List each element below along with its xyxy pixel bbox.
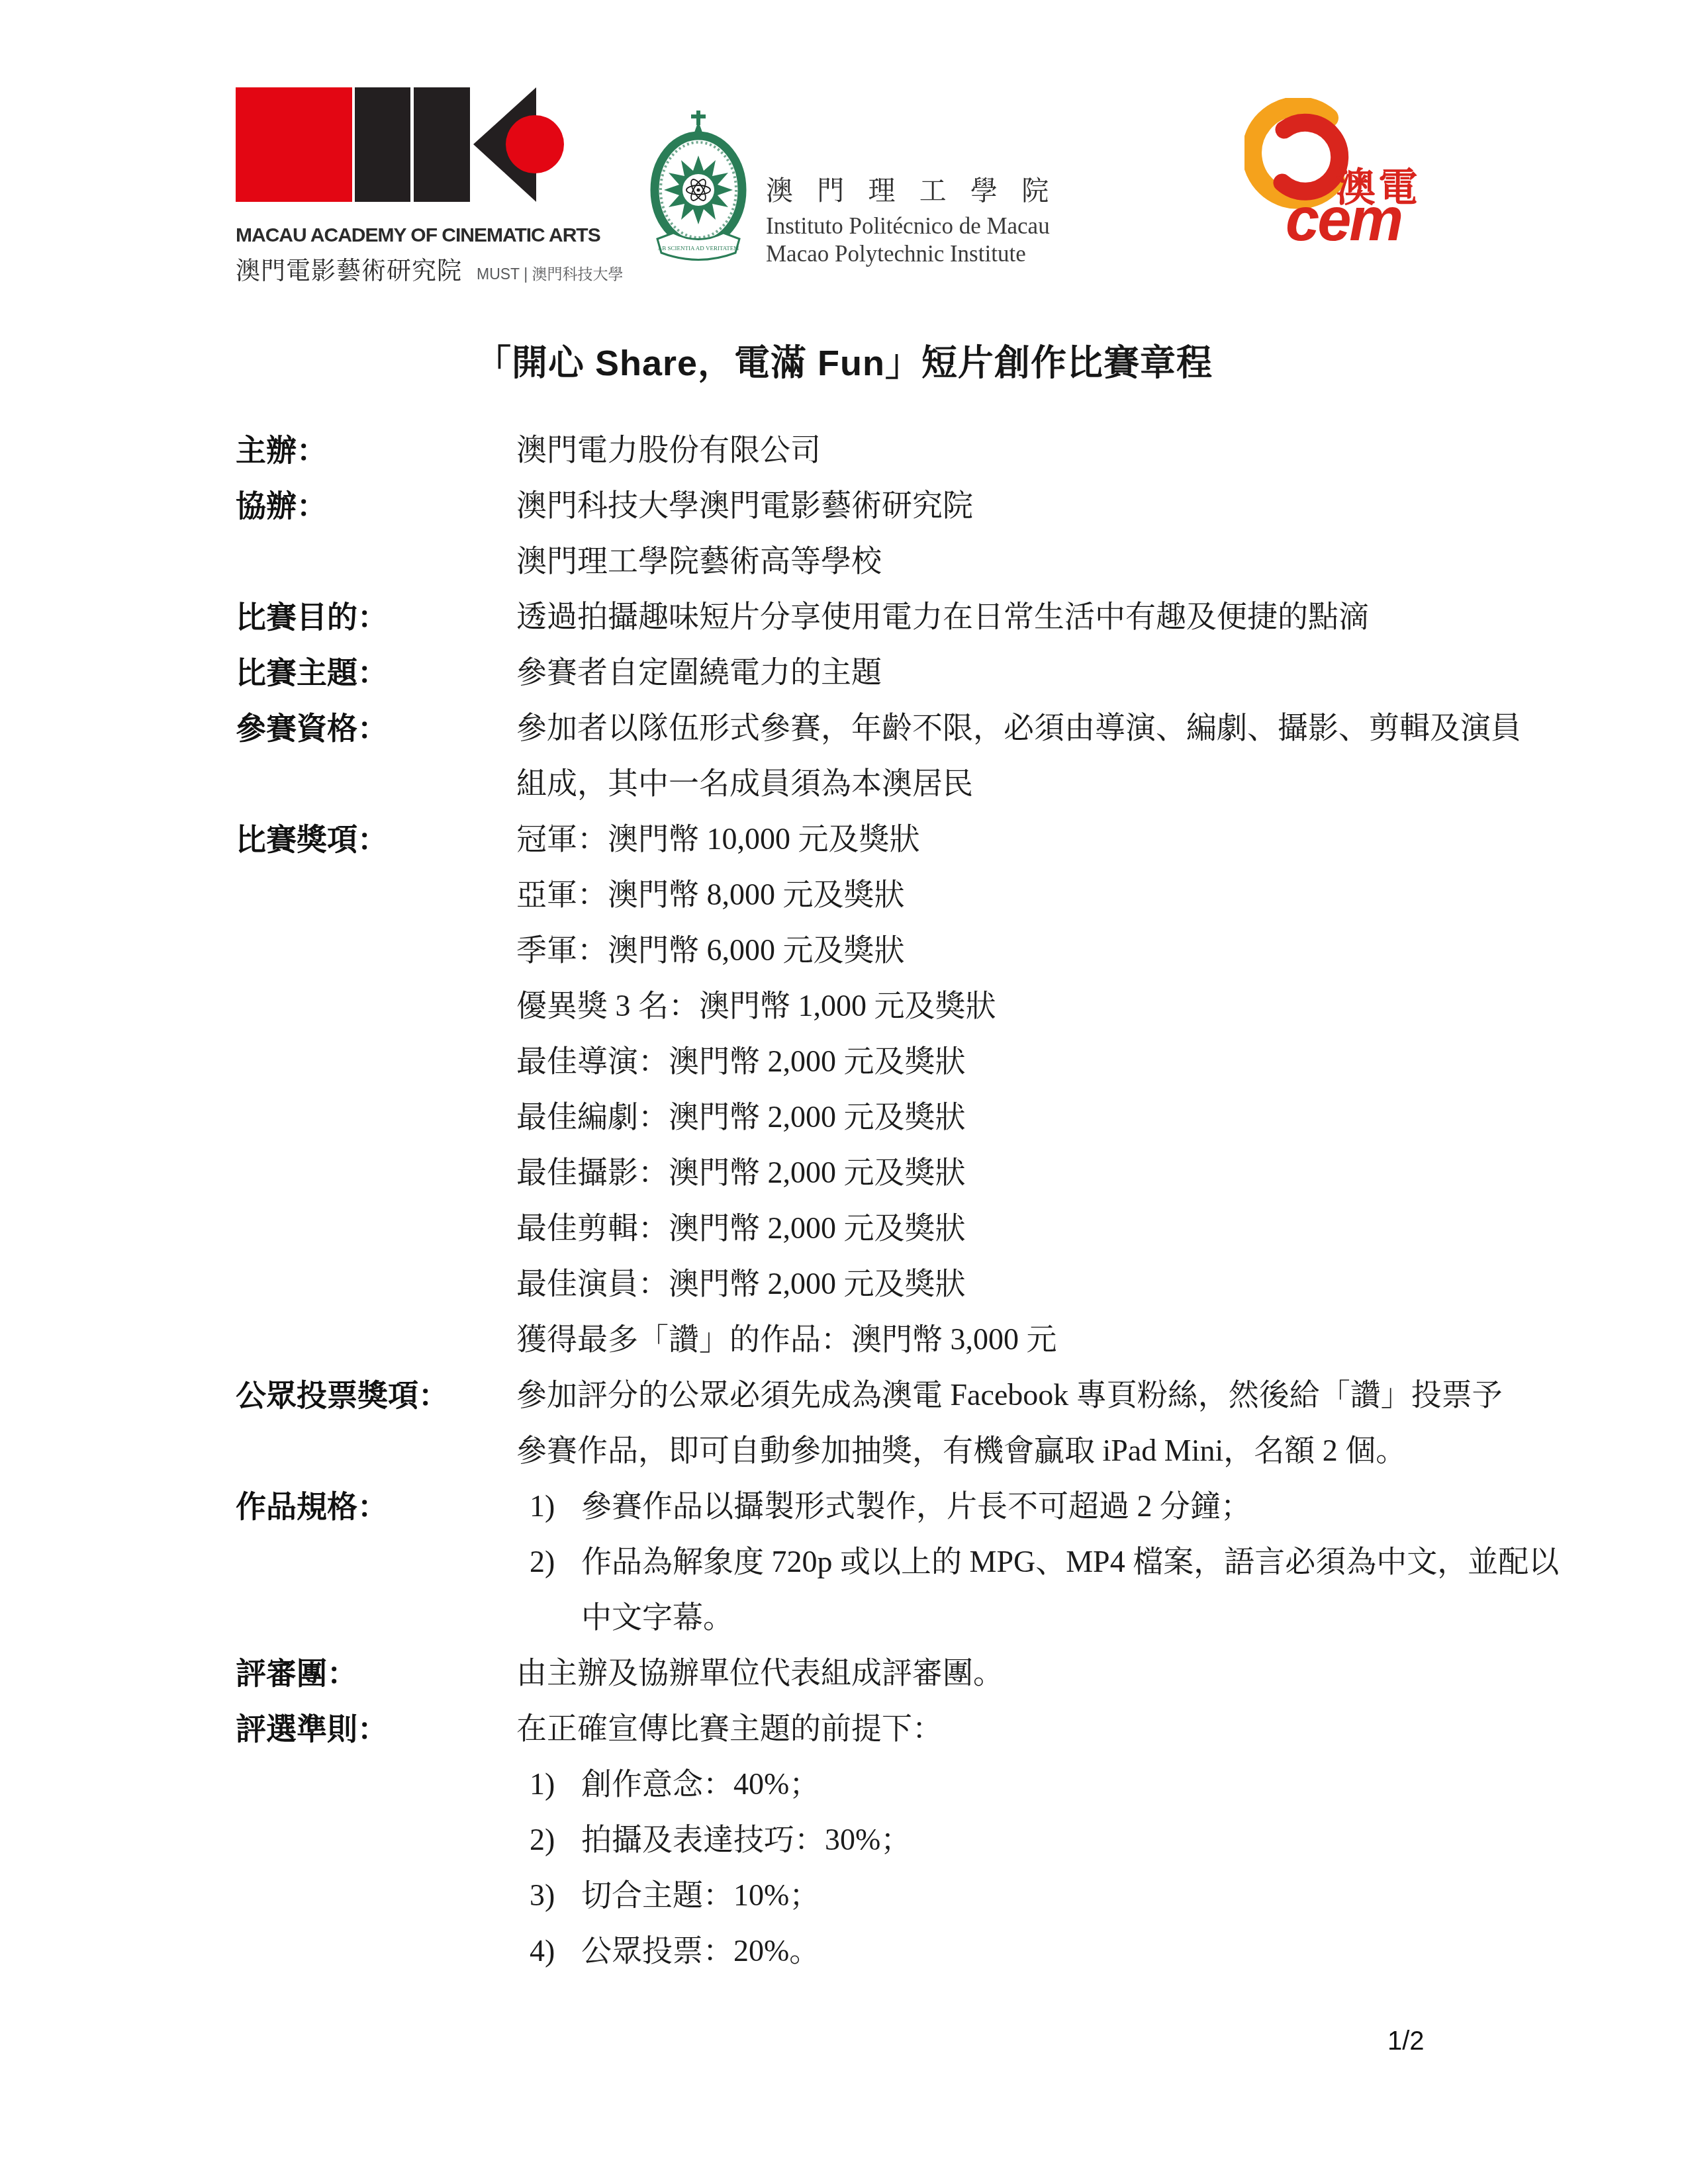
line-text: 創作意念：40%； [581,1756,820,1812]
line-text: 澳門電力股份有限公司 [516,422,821,478]
list-number: 3) [530,1868,555,1923]
cem-logo: 澳電 cem [1244,98,1436,263]
list-number: 4) [530,1923,555,1979]
camera-icon-red-circle [506,115,564,173]
line-label: 作品規格： [236,1479,388,1534]
line-text: 最佳剪輯：澳門幣 2,000 元及獎狀 [516,1201,966,1256]
line-text: 參加評分的公眾必須先成為澳電 Facebook 專頁粉絲，然後給「讚」投票予 [516,1367,1503,1423]
line-label: 協辦： [236,478,327,533]
line-text: 最佳攝影：澳門幣 2,000 元及獎狀 [516,1145,966,1201]
ipm-name-chinese: 澳 門 理 工 學 院 [766,169,1057,208]
maca-name-english: MACAU ACADEMY OF CINEMATIC ARTS [236,224,580,247]
line-label: 主辦： [236,422,327,478]
body-line: 中文字幕。 [0,1590,1688,1645]
maca-name-chinese: 澳門電影藝術研究院 [236,251,462,287]
line-text: 澳門科技大學澳門電影藝術研究院 [516,478,973,533]
body-line: 2)拍攝及表達技巧：30%； [0,1812,1688,1868]
body-line: 評審團：由主辦及協辦單位代表組成評審團。 [0,1645,1688,1701]
line-text: 季軍：澳門幣 6,000 元及獎狀 [516,923,905,978]
body-line: 最佳演員：澳門幣 2,000 元及獎狀 [0,1256,1688,1312]
body-line: 3)切合主題：10%； [0,1868,1688,1923]
ipm-name-portuguese: Instituto Politécnico de Macau [766,213,1057,240]
body-line: 比賽目的：透過拍攝趣味短片分享使用電力在日常生活中有趣及便捷的點滴 [0,589,1688,645]
ipm-logo: AB SCIENTIA AD VERITATEM 澳 門 理 工 學 院 Ins… [645,109,1057,267]
line-text: 組成，其中一名成員須為本澳居民 [516,756,973,811]
line-text: 最佳導演：澳門幣 2,000 元及獎狀 [516,1034,966,1089]
line-text: 中文字幕。 [581,1590,733,1645]
line-text: 切合主題：10%； [581,1868,820,1923]
line-text: 最佳編劇：澳門幣 2,000 元及獎狀 [516,1089,966,1145]
body-line: 最佳剪輯：澳門幣 2,000 元及獎狀 [0,1201,1688,1256]
body-line: 最佳攝影：澳門幣 2,000 元及獎狀 [0,1145,1688,1201]
body-line: 4)公眾投票：20%。 [0,1923,1688,1979]
page-title: 「開心 Share，電滿 Fun」短片創作比賽章程 [0,335,1688,386]
body-line: 亞軍：澳門幣 8,000 元及獎狀 [0,867,1688,923]
list-number: 2) [530,1812,555,1868]
camera-icon-red-square [236,87,352,202]
line-label: 參賽資格： [236,700,388,756]
body-line: 公眾投票獎項：參加評分的公眾必須先成為澳電 Facebook 專頁粉絲，然後給「… [0,1367,1688,1423]
body-line: 組成，其中一名成員須為本澳居民 [0,756,1688,811]
body-line: 比賽獎項：冠軍：澳門幣 10,000 元及獎狀 [0,811,1688,867]
line-text: 亞軍：澳門幣 8,000 元及獎狀 [516,867,905,923]
body-line: 參賽資格：參加者以隊伍形式參賽，年齡不限，必須由導演、編劇、攝影、剪輯及演員 [0,700,1688,756]
body-line: 季軍：澳門幣 6,000 元及獎狀 [0,923,1688,978]
line-label: 比賽獎項： [236,811,388,867]
body-line: 獲得最多「讚」的作品：澳門幣 3,000 元 [0,1312,1688,1367]
body-line: 評選準則：在正確宣傳比賽主題的前提下： [0,1701,1688,1756]
body-line: 作品規格：1)參賽作品以攝製形式製作，片長不可超過 2 分鐘； [0,1479,1688,1534]
line-label: 比賽目的： [236,589,388,645]
line-text: 獲得最多「讚」的作品：澳門幣 3,000 元 [516,1312,1057,1367]
list-number: 1) [530,1756,555,1812]
body-line: 1)創作意念：40%； [0,1756,1688,1812]
body-line: 最佳編劇：澳門幣 2,000 元及獎狀 [0,1089,1688,1145]
ipm-name-english: Macao Polytechnic Institute [766,241,1057,267]
line-text: 公眾投票：20%。 [581,1923,820,1979]
line-text: 參賽作品以攝製形式製作，片長不可超過 2 分鐘； [581,1479,1251,1534]
line-label: 評選準則： [236,1701,388,1756]
body-line: 最佳導演：澳門幣 2,000 元及獎狀 [0,1034,1688,1089]
maca-camera-icon [236,87,567,202]
ipm-seal-icon: AB SCIENTIA AD VERITATEM [645,109,751,265]
camera-icon-black-bar [414,87,470,202]
list-number: 1) [530,1479,555,1534]
body-line: 協辦：澳門科技大學澳門電影藝術研究院 [0,478,1688,533]
line-text: 拍攝及表達技巧：30%； [581,1812,911,1868]
line-text: 作品為解象度 720p 或以上的 MPG、MP4 檔案，語言必須為中文，並配以 [581,1534,1559,1590]
body-line: 主辦：澳門電力股份有限公司 [0,422,1688,478]
body-lines: 主辦：澳門電力股份有限公司協辦：澳門科技大學澳門電影藝術研究院澳門理工學院藝術高… [0,422,1688,1979]
line-text: 澳門理工學院藝術高等學校 [516,533,882,589]
line-text: 最佳演員：澳門幣 2,000 元及獎狀 [516,1256,966,1312]
camera-icon-black-bar [355,87,410,202]
maca-logo: MACAU ACADEMY OF CINEMATIC ARTS 澳門電影藝術研究… [236,87,580,287]
line-text: 參加者以隊伍形式參賽，年齡不限，必須由導演、編劇、攝影、剪輯及演員 [516,700,1521,756]
line-text: 透過拍攝趣味短片分享使用電力在日常生活中有趣及便捷的點滴 [516,589,1369,645]
line-text: 優異獎 3 名：澳門幣 1,000 元及獎狀 [516,978,996,1034]
line-text: 參賽者自定圍繞電力的主題 [516,645,882,700]
cem-wordmark: cem [1286,189,1401,250]
body-line: 優異獎 3 名：澳門幣 1,000 元及獎狀 [0,978,1688,1034]
line-label: 比賽主題： [236,645,388,700]
line-label: 公眾投票獎項： [236,1367,449,1423]
maca-affiliation: MUST | 澳門科技大學 [477,262,624,287]
line-text: 參賽作品，即可自動參加抽獎，有機會贏取 iPad Mini，名額 2 個。 [516,1423,1406,1479]
body-line: 2)作品為解象度 720p 或以上的 MPG、MP4 檔案，語言必須為中文，並配… [0,1534,1688,1590]
line-text: 冠軍：澳門幣 10,000 元及獎狀 [516,811,920,867]
body-line: 澳門理工學院藝術高等學校 [0,533,1688,589]
body-line: 參賽作品，即可自動參加抽獎，有機會贏取 iPad Mini，名額 2 個。 [0,1423,1688,1479]
line-text: 由主辦及協辦單位代表組成評審團。 [516,1645,1004,1701]
list-number: 2) [530,1534,555,1590]
page-number: 1/2 [1387,2026,1425,2056]
line-label: 評審團： [236,1645,357,1701]
body-line: 比賽主題：參賽者自定圍繞電力的主題 [0,645,1688,700]
line-text: 在正確宣傳比賽主題的前提下： [516,1701,943,1756]
ipm-seal-motto: AB SCIENTIA AD VERITATEM [658,245,739,251]
